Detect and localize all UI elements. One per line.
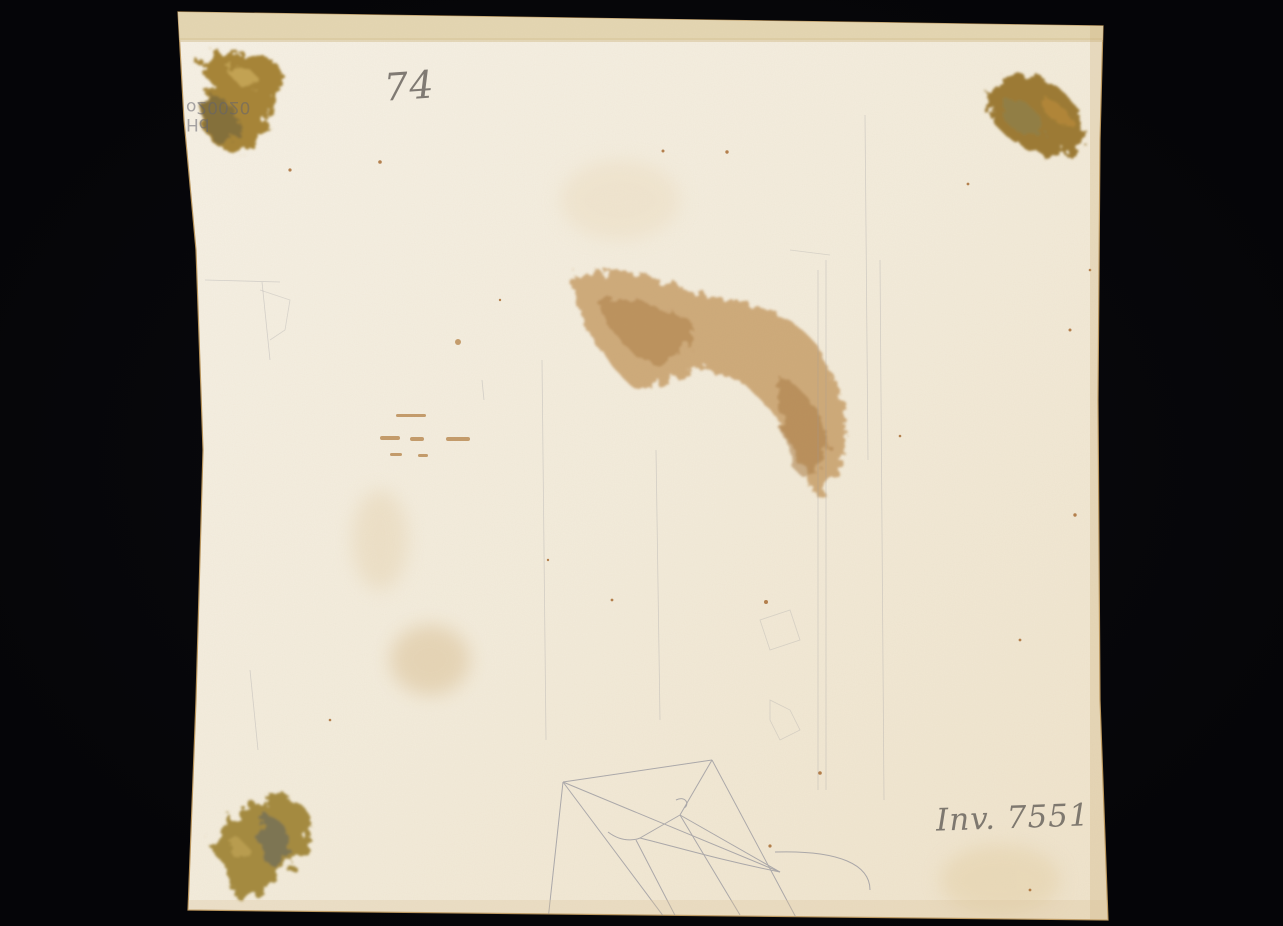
mirrored-annotation-line-1: Hd — [186, 115, 250, 132]
paper-sheet — [0, 0, 1283, 926]
mirrored-annotation: Hd o20020 — [186, 98, 250, 132]
mirrored-annotation-line-2: o20020 — [186, 98, 250, 115]
